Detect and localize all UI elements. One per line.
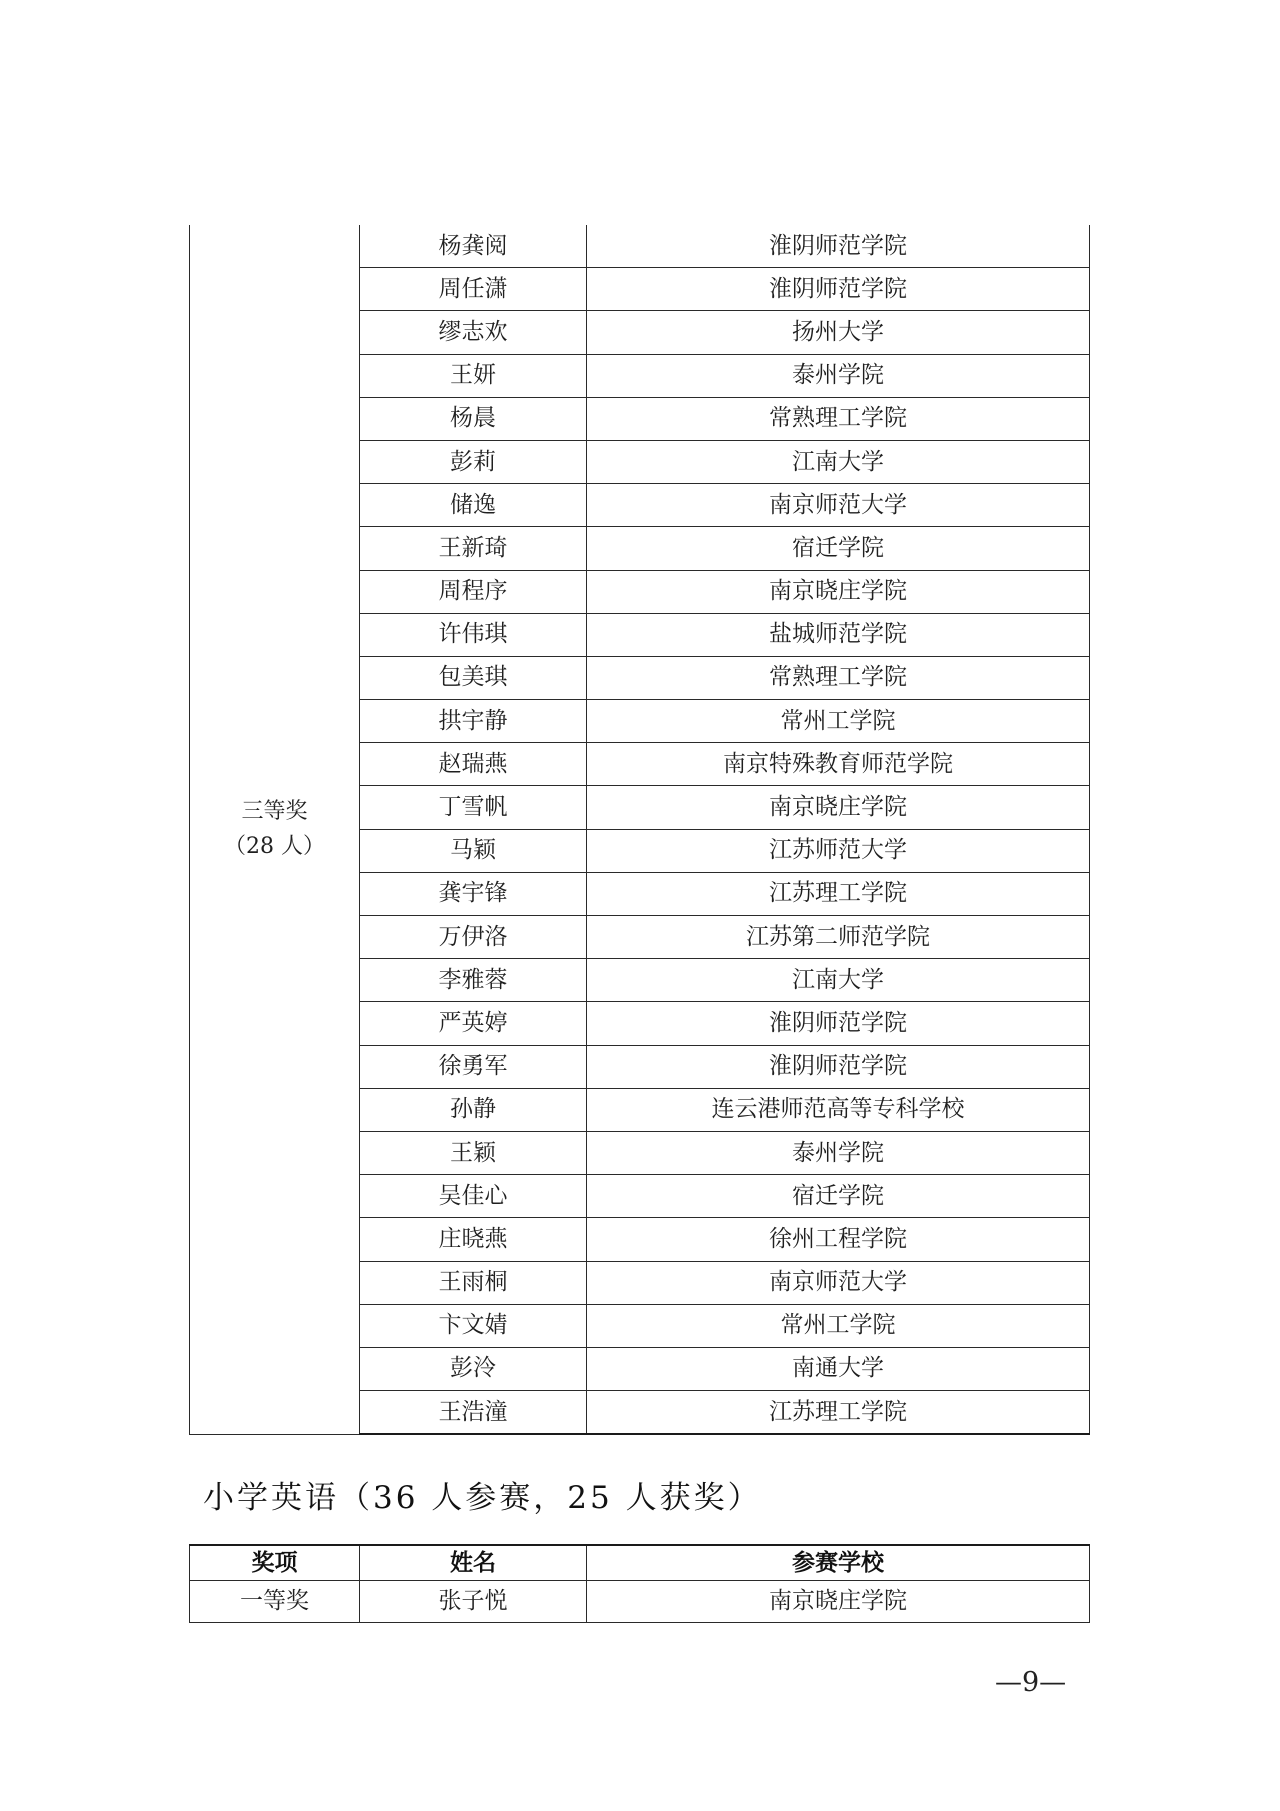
school-cell: 常熟理工学院 bbox=[587, 656, 1090, 699]
table-header-row: 奖项 姓名 参赛学校 bbox=[190, 1545, 1090, 1581]
award-table-continued: 三等奖 （28 人） 杨龚阅 淮阴师范学院 周任潇淮阴师范学院 缪志欢扬州大学 … bbox=[189, 225, 1090, 1435]
name-cell: 吴佳心 bbox=[360, 1175, 587, 1218]
name-cell: 马颖 bbox=[360, 829, 587, 872]
school-cell: 南京师范大学 bbox=[587, 1261, 1090, 1304]
table-row: 三等奖 （28 人） 杨龚阅 淮阴师范学院 bbox=[190, 225, 1090, 268]
school-cell: 江苏理工学院 bbox=[587, 1391, 1090, 1435]
name-cell: 彭莉 bbox=[360, 440, 587, 483]
school-cell: 南京晓庄学院 bbox=[587, 1581, 1090, 1623]
school-cell: 江苏理工学院 bbox=[587, 872, 1090, 915]
section-heading-primary-english: 小学英语（36 人参赛，25 人获奖） bbox=[203, 1476, 762, 1520]
name-cell: 卞文婧 bbox=[360, 1304, 587, 1347]
table-row: 一等奖 张子悦 南京晓庄学院 bbox=[190, 1581, 1090, 1623]
award-level-count: （28 人） bbox=[190, 829, 359, 864]
school-cell: 江苏第二师范学院 bbox=[587, 916, 1090, 959]
column-header-award: 奖项 bbox=[190, 1545, 360, 1581]
name-cell: 许伟琪 bbox=[360, 613, 587, 656]
school-cell: 淮阴师范学院 bbox=[587, 225, 1090, 268]
name-cell: 王妍 bbox=[360, 354, 587, 397]
name-cell: 包美琪 bbox=[360, 656, 587, 699]
school-cell: 连云港师范高等专科学校 bbox=[587, 1088, 1090, 1131]
award-table-primary-english: 奖项 姓名 参赛学校 一等奖 张子悦 南京晓庄学院 bbox=[189, 1544, 1090, 1623]
school-cell: 徐州工程学院 bbox=[587, 1218, 1090, 1261]
school-cell: 常熟理工学院 bbox=[587, 397, 1090, 440]
page-number: —9— bbox=[995, 1667, 1066, 1699]
school-cell: 南京晓庄学院 bbox=[587, 786, 1090, 829]
name-cell: 周任潇 bbox=[360, 268, 587, 311]
school-cell: 常州工学院 bbox=[587, 700, 1090, 743]
name-cell: 杨龚阅 bbox=[360, 225, 587, 268]
school-cell: 盐城师范学院 bbox=[587, 613, 1090, 656]
column-header-school: 参赛学校 bbox=[587, 1545, 1090, 1581]
name-cell: 赵瑞燕 bbox=[360, 743, 587, 786]
school-cell: 宿迁学院 bbox=[587, 527, 1090, 570]
name-cell: 孙静 bbox=[360, 1088, 587, 1131]
school-cell: 常州工学院 bbox=[587, 1304, 1090, 1347]
award-level-label: 三等奖 bbox=[190, 794, 359, 829]
document-page: 三等奖 （28 人） 杨龚阅 淮阴师范学院 周任潇淮阴师范学院 缪志欢扬州大学 … bbox=[0, 0, 1280, 1811]
name-cell: 缪志欢 bbox=[360, 311, 587, 354]
school-cell: 淮阴师范学院 bbox=[587, 1045, 1090, 1088]
name-cell: 李雅蓉 bbox=[360, 959, 587, 1002]
school-cell: 江南大学 bbox=[587, 440, 1090, 483]
award-level-cell: 三等奖 （28 人） bbox=[190, 225, 360, 1434]
school-cell: 宿迁学院 bbox=[587, 1175, 1090, 1218]
name-cell: 彭泠 bbox=[360, 1347, 587, 1390]
name-cell: 杨晨 bbox=[360, 397, 587, 440]
name-cell: 王雨桐 bbox=[360, 1261, 587, 1304]
name-cell: 王浩潼 bbox=[360, 1391, 587, 1435]
award-cell: 一等奖 bbox=[190, 1581, 360, 1623]
school-cell: 淮阴师范学院 bbox=[587, 268, 1090, 311]
name-cell: 周程序 bbox=[360, 570, 587, 613]
school-cell: 淮阴师范学院 bbox=[587, 1002, 1090, 1045]
column-header-name: 姓名 bbox=[360, 1545, 587, 1581]
name-cell: 龚宇锋 bbox=[360, 872, 587, 915]
school-cell: 南通大学 bbox=[587, 1347, 1090, 1390]
name-cell: 拱宇静 bbox=[360, 700, 587, 743]
name-cell: 王颖 bbox=[360, 1131, 587, 1174]
school-cell: 扬州大学 bbox=[587, 311, 1090, 354]
school-cell: 江苏师范大学 bbox=[587, 829, 1090, 872]
school-cell: 泰州学院 bbox=[587, 354, 1090, 397]
name-cell: 严英婷 bbox=[360, 1002, 587, 1045]
school-cell: 南京晓庄学院 bbox=[587, 570, 1090, 613]
school-cell: 江南大学 bbox=[587, 959, 1090, 1002]
name-cell: 万伊洛 bbox=[360, 916, 587, 959]
school-cell: 泰州学院 bbox=[587, 1131, 1090, 1174]
name-cell: 庄晓燕 bbox=[360, 1218, 587, 1261]
name-cell: 储逸 bbox=[360, 484, 587, 527]
table1-body: 三等奖 （28 人） 杨龚阅 淮阴师范学院 周任潇淮阴师范学院 缪志欢扬州大学 … bbox=[190, 225, 1090, 1434]
school-cell: 南京特殊教育师范学院 bbox=[587, 743, 1090, 786]
name-cell: 张子悦 bbox=[360, 1581, 587, 1623]
name-cell: 王新琦 bbox=[360, 527, 587, 570]
name-cell: 徐勇军 bbox=[360, 1045, 587, 1088]
school-cell: 南京师范大学 bbox=[587, 484, 1090, 527]
name-cell: 丁雪帆 bbox=[360, 786, 587, 829]
